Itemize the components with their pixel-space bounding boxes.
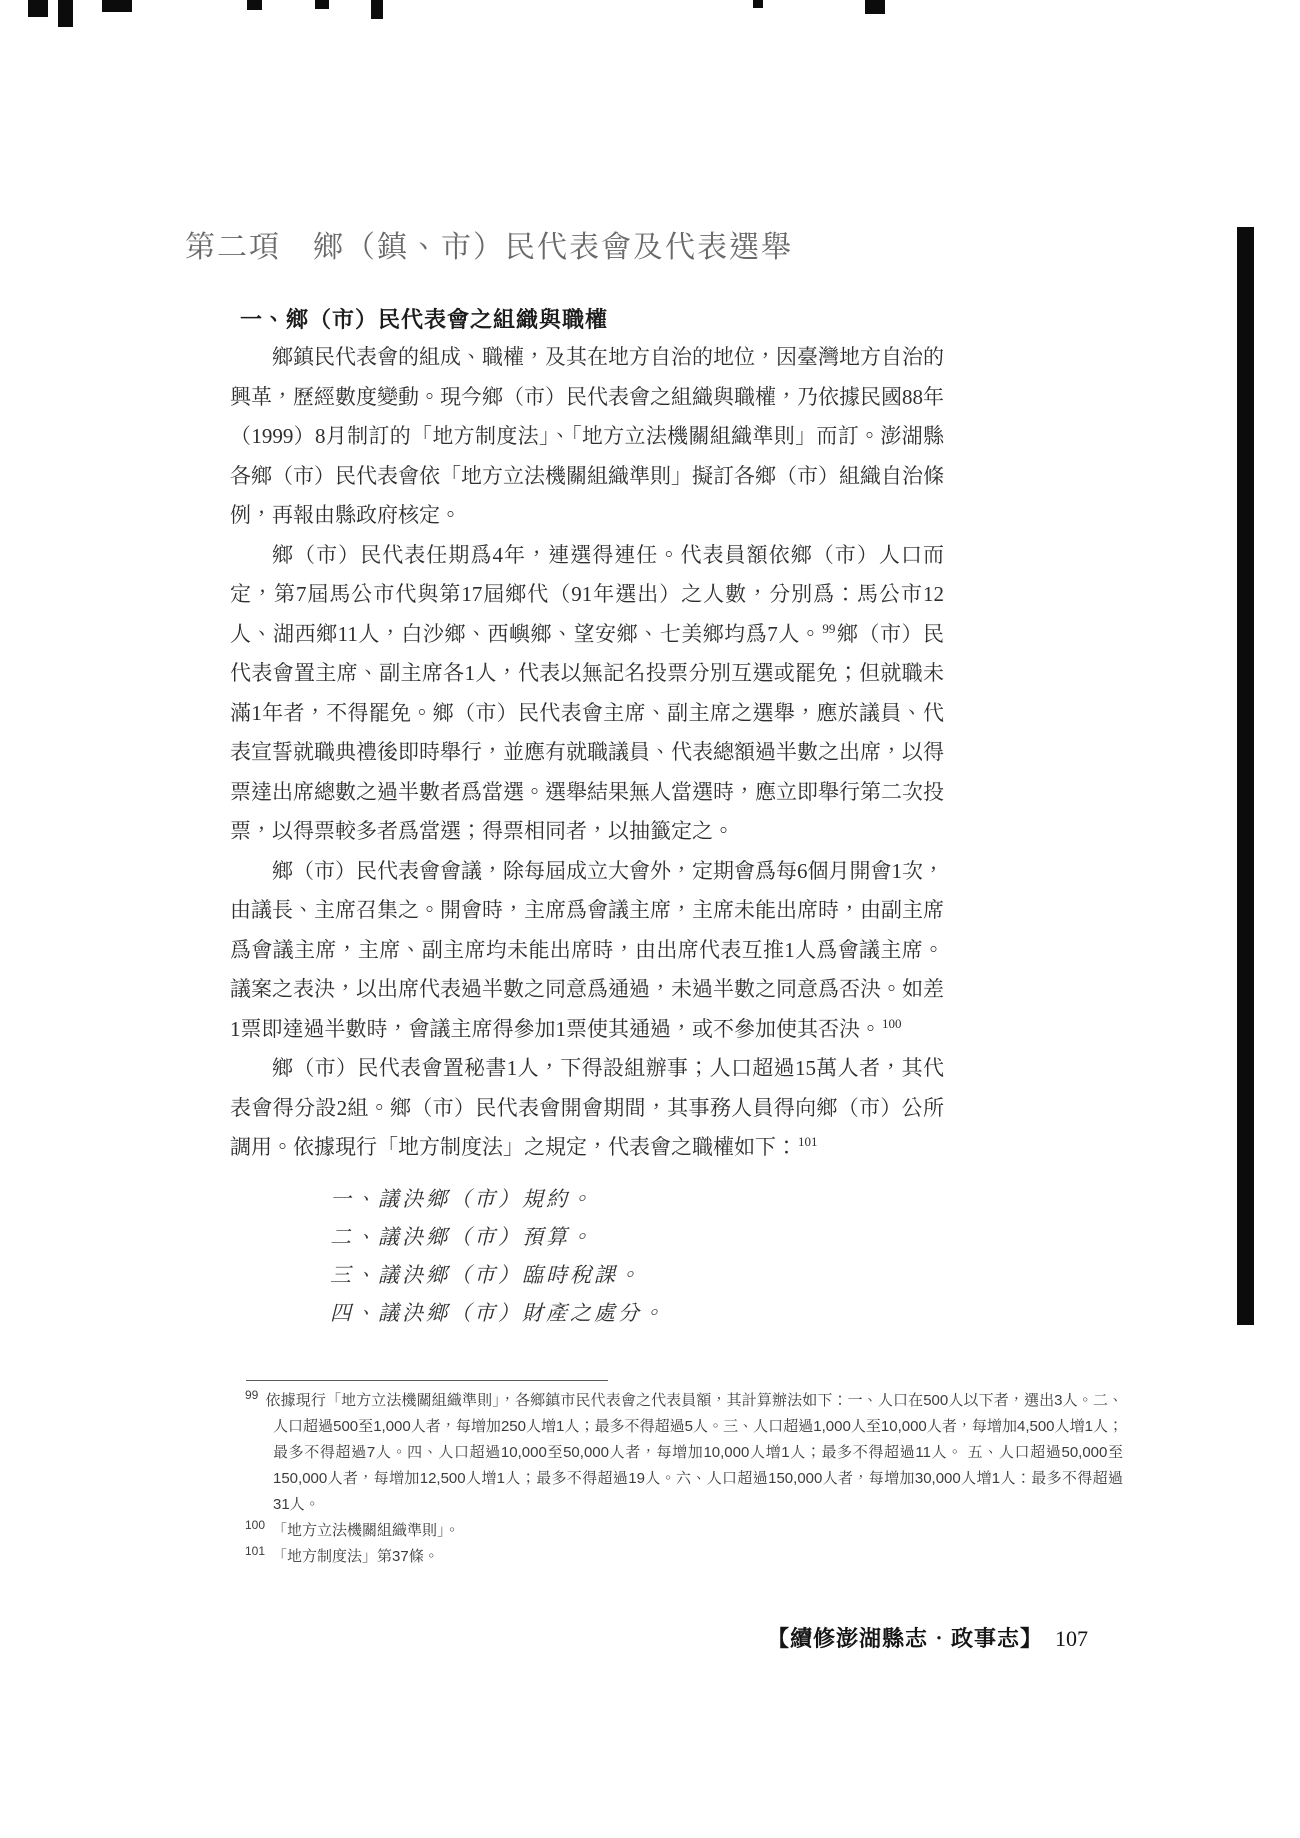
list-item: 四、議決鄉（市）財產之處分。 <box>330 1294 890 1332</box>
footnote-number: 101 <box>245 1544 265 1558</box>
scan-artifact <box>865 0 885 14</box>
scan-artifact <box>371 0 383 19</box>
decision-list: 一、議決鄉（市）規約。二、議決鄉（市）預算。三、議決鄉（市）臨時稅課。四、議決鄉… <box>330 1180 890 1332</box>
footnote: 100「地方立法機關組織準則」。 <box>245 1518 1123 1544</box>
footnote: 101「地方制度法」第37條。 <box>245 1544 1123 1570</box>
list-item: 三、議決鄉（市）臨時稅課。 <box>330 1256 890 1294</box>
scan-edge-bar <box>1237 227 1254 1325</box>
footnotes: 99依據現行「地方立法機關組織準則」，各鄉鎮市民代表會之代表員額，其計算辦法如下… <box>245 1388 1123 1570</box>
paragraph: 鄉（市）民代表會會議，除每屆成立大會外，定期會爲每6個月開會1次，由議長、主席召… <box>230 852 944 1050</box>
section-heading: 第二項 鄉（鎮、市）民代表會及代表選舉 <box>185 222 793 266</box>
footnote-number: 99 <box>245 1388 258 1402</box>
footnote-ref: 100 <box>882 1016 902 1031</box>
subsection-heading: 一、鄉（市）民代表會之組織與職權 <box>240 303 608 334</box>
paragraph: 鄉（市）民代表任期爲4年，連選得連任。代表員額依鄉（市）人口而定，第7屆馬公市代… <box>230 536 944 852</box>
body-paragraphs: 鄉鎮民代表會的組成、職權，及其在地方自治的地位，因臺灣地方自治的興革，歷經數度變… <box>230 338 944 1168</box>
list-item: 一、議決鄉（市）規約。 <box>330 1180 890 1218</box>
footnote-ref: 99 <box>822 621 835 636</box>
scan-artifact <box>315 0 329 9</box>
scan-artifact <box>58 0 73 27</box>
paragraph: 鄉（市）民代表會置秘書1人，下得設組辦事；人口超過15萬人者，其代表會得分設2組… <box>230 1049 944 1168</box>
scan-artifact <box>28 0 48 17</box>
page-number: 107 <box>1055 1626 1088 1651</box>
footnote: 99依據現行「地方立法機關組織準則」，各鄉鎮市民代表會之代表員額，其計算辦法如下… <box>245 1388 1123 1518</box>
scan-artifact <box>247 0 262 10</box>
footnote-separator <box>246 1380 608 1381</box>
page-footer: 【續修澎湖縣志．政事志】107 <box>767 1622 1088 1653</box>
scan-artifact <box>102 0 132 12</box>
footnote-number: 100 <box>245 1518 265 1532</box>
footnote-ref: 101 <box>798 1134 818 1149</box>
paragraph: 鄉鎮民代表會的組成、職權，及其在地方自治的地位，因臺灣地方自治的興革，歷經數度變… <box>230 338 944 536</box>
scan-artifact <box>753 0 763 8</box>
scanned-book-page: 第二項 鄉（鎮、市）民代表會及代表選舉 一、鄉（市）民代表會之組織與職權 鄉鎮民… <box>0 0 1300 1838</box>
book-title: 【續修澎湖縣志．政事志】 <box>767 1626 1043 1651</box>
list-item: 二、議決鄉（市）預算。 <box>330 1218 890 1256</box>
